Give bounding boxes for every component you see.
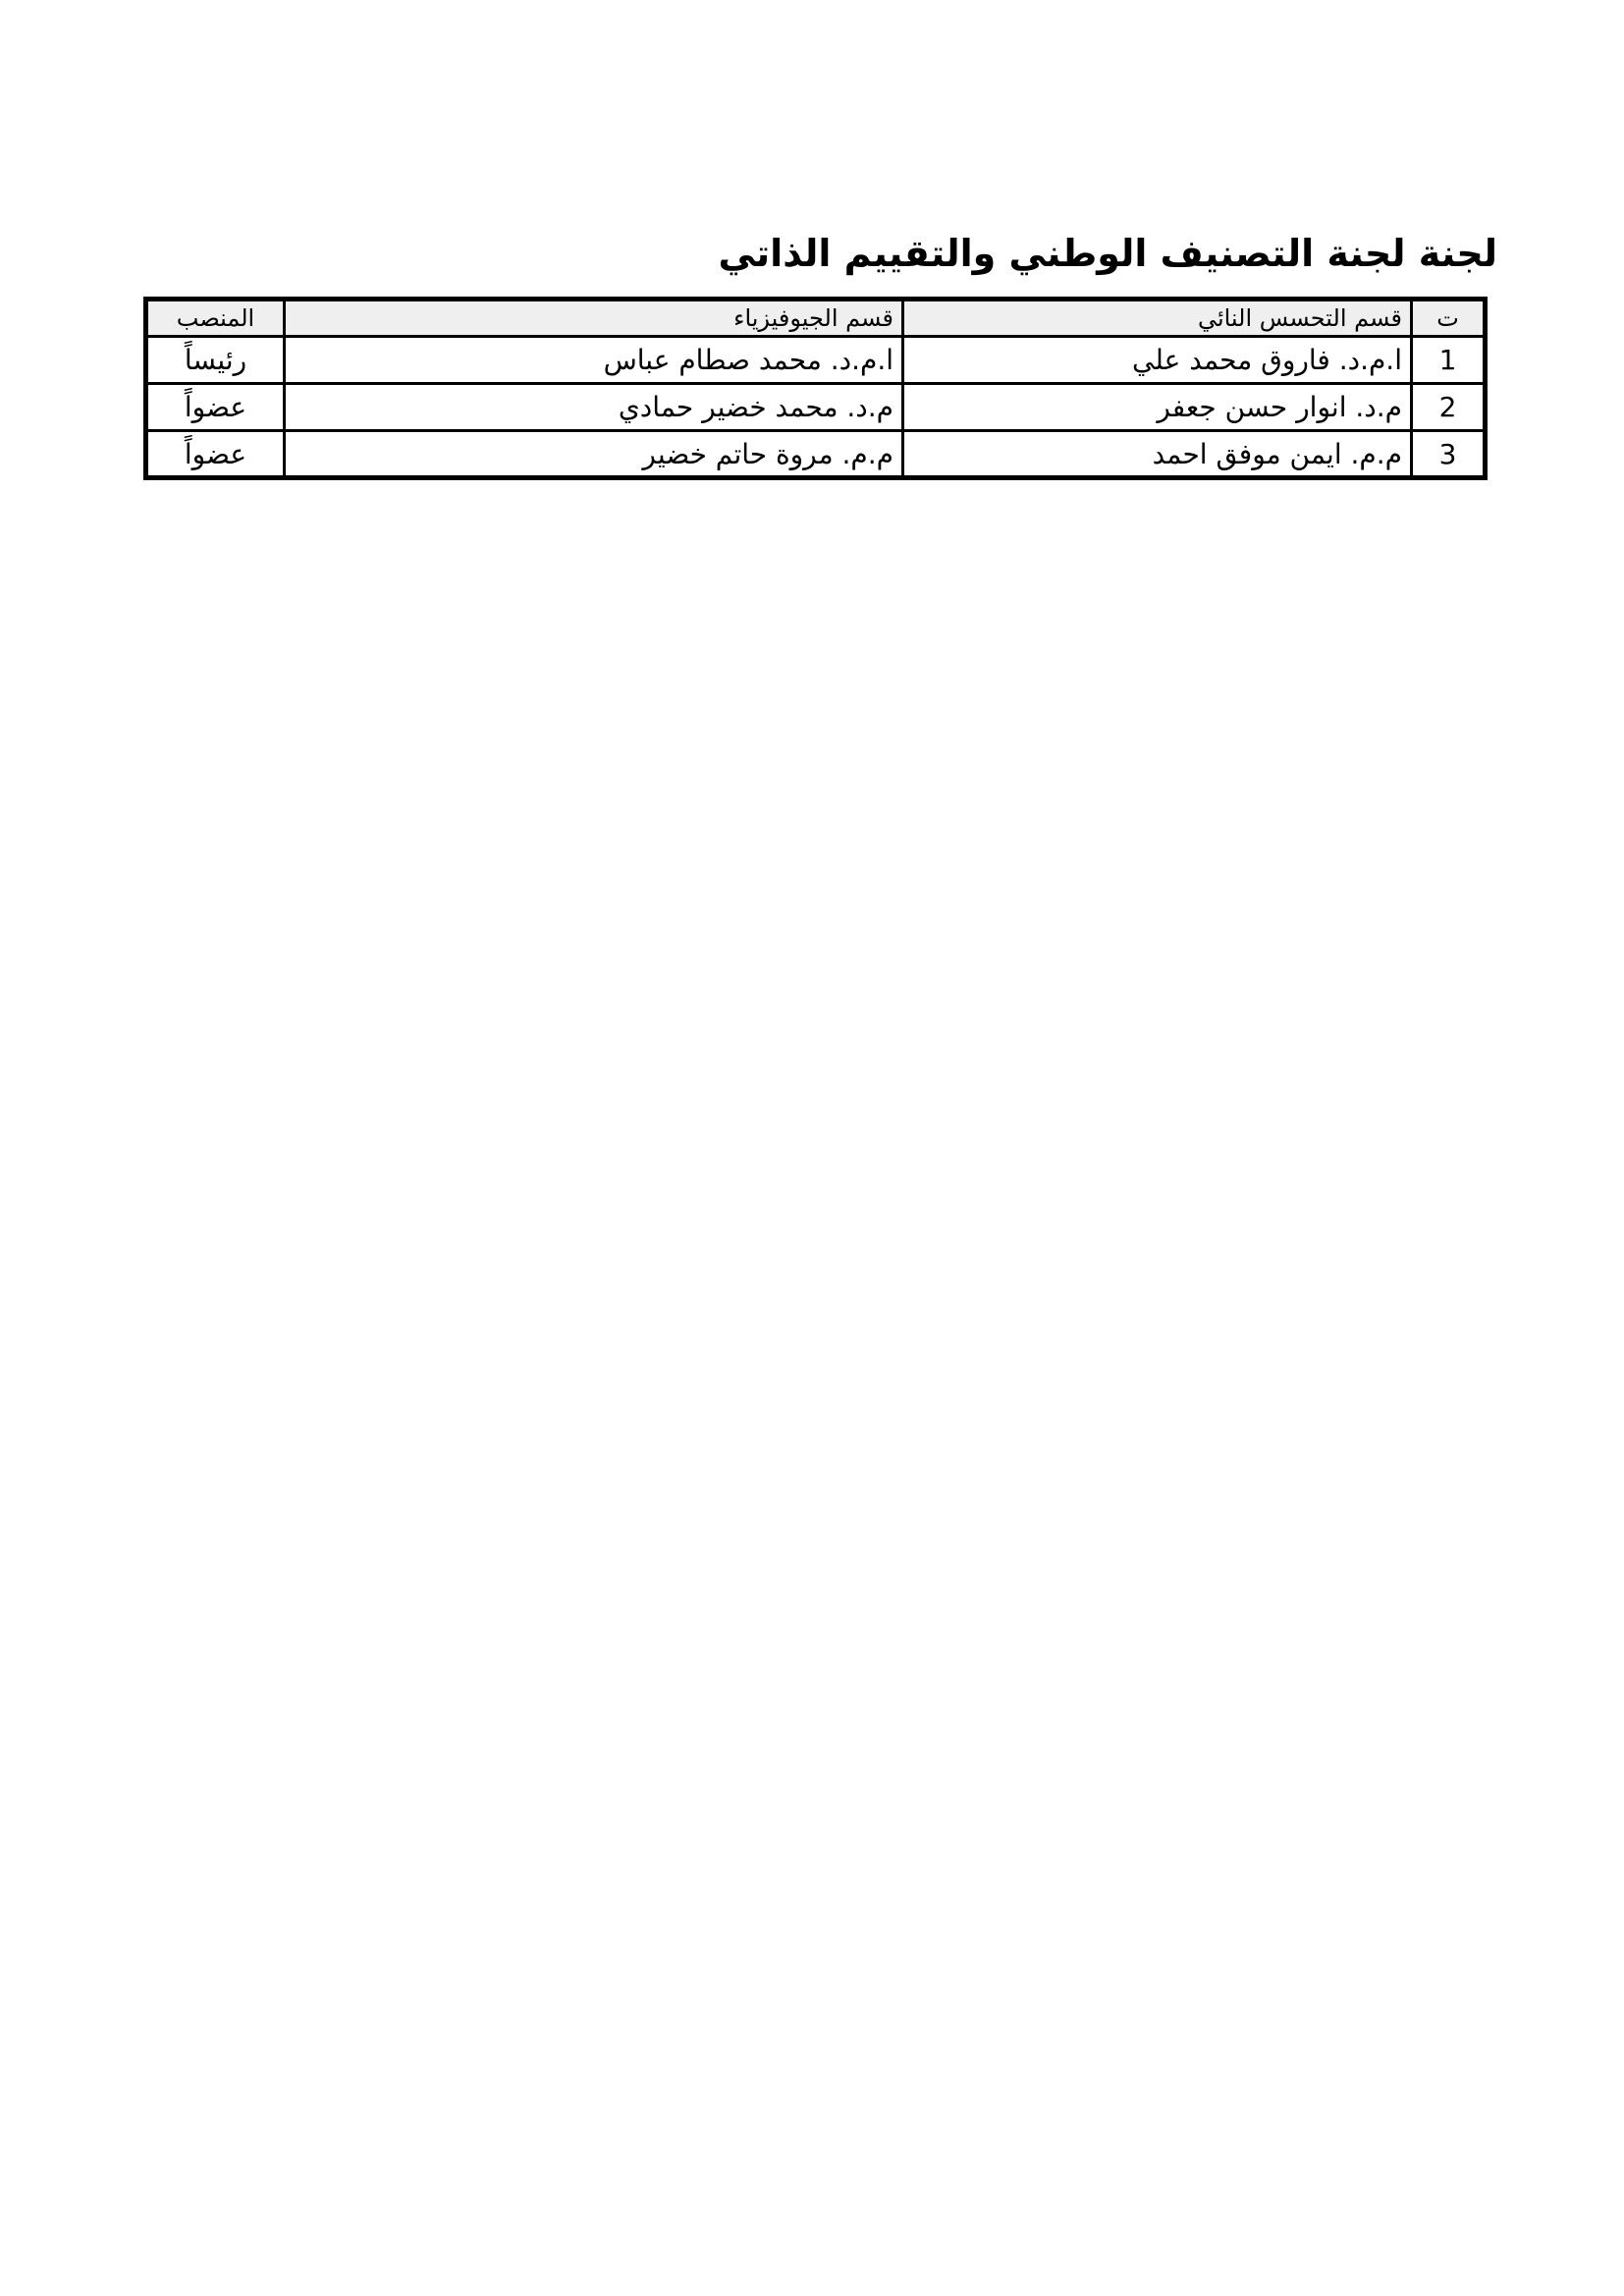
- cell-geophysics-member: م.م. مروة حاتم خضير: [285, 431, 903, 478]
- cell-index: 1: [1412, 337, 1486, 384]
- cell-position: عضواً: [146, 384, 285, 431]
- cell-position: رئيساً: [146, 337, 285, 384]
- cell-remote-sensing-member: م.د. انوار حسن جعفر: [903, 384, 1412, 431]
- cell-index: 2: [1412, 384, 1486, 431]
- table-row: 1 ا.م.د. فاروق محمد علي ا.م.د. محمد صطام…: [146, 337, 1486, 384]
- header-cell-remote-sensing: قسم التحسس النائي: [903, 300, 1412, 337]
- cell-geophysics-member: م.د. محمد خضير حمادي: [285, 384, 903, 431]
- header-cell-geophysics: قسم الجيوفيزياء: [285, 300, 903, 337]
- cell-remote-sensing-member: ا.م.د. فاروق محمد علي: [903, 337, 1412, 384]
- table-header-row: ت قسم التحسس النائي قسم الجيوفيزياء المن…: [146, 300, 1486, 337]
- cell-index: 3: [1412, 431, 1486, 478]
- header-cell-index: ت: [1412, 300, 1486, 337]
- cell-geophysics-member: ا.م.د. محمد صطام عباس: [285, 337, 903, 384]
- cell-position: عضواً: [146, 431, 285, 478]
- committee-table: ت قسم التحسس النائي قسم الجيوفيزياء المن…: [143, 297, 1488, 480]
- table-row: 2 م.د. انوار حسن جعفر م.د. محمد خضير حما…: [146, 384, 1486, 431]
- page-title: لجنة لجنة التصنيف الوطني والتقييم الذاتي: [718, 232, 1497, 275]
- document-page: لجنة لجنة التصنيف الوطني والتقييم الذاتي…: [0, 0, 1624, 2296]
- table-row: 3 م.م. ايمن موفق احمد م.م. مروة حاتم خضي…: [146, 431, 1486, 478]
- header-cell-position: المنصب: [146, 300, 285, 337]
- cell-remote-sensing-member: م.م. ايمن موفق احمد: [903, 431, 1412, 478]
